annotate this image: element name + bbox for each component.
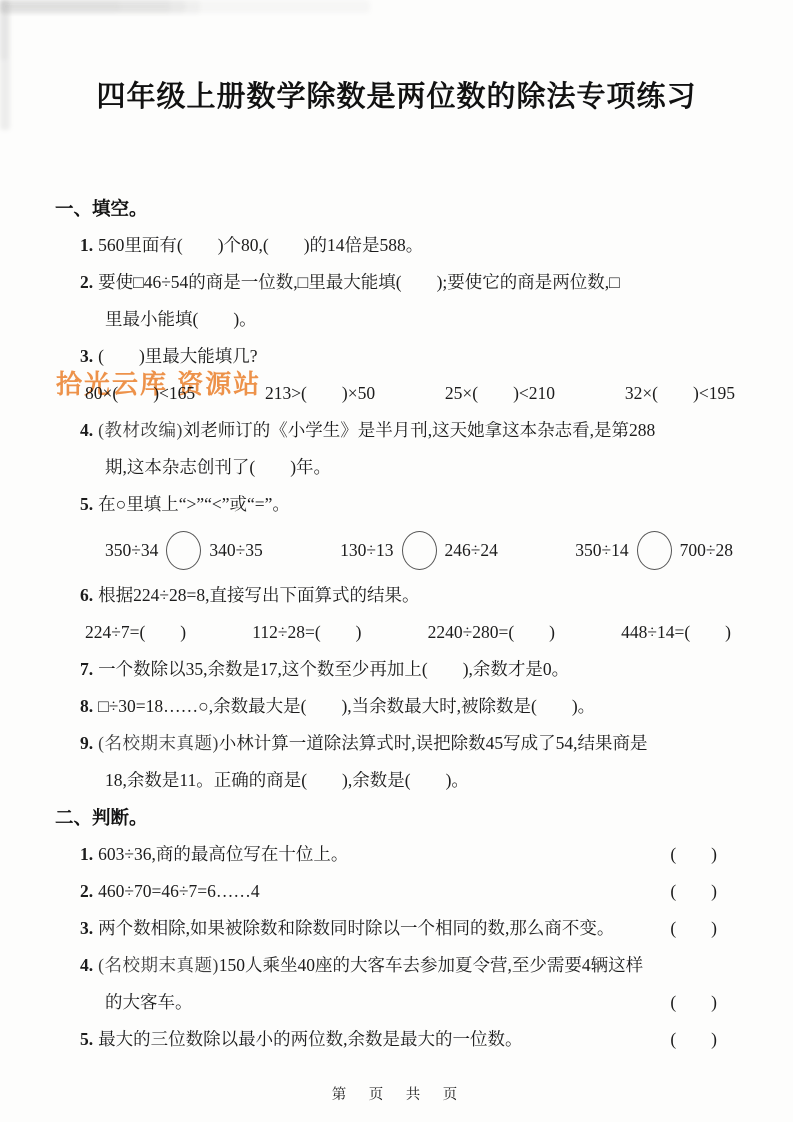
comparison-circle [402,531,437,570]
question-text: 560里面有( )个80,( )的14倍是588。 [98,235,423,255]
question-text: 小林计算一道除法算式时,误把除数45写成了54,结果商是 [219,733,648,753]
question-number: 4. [80,955,98,975]
question-number: 7. [80,659,98,679]
section-fill-header: 一、填空。 [55,190,737,227]
fill-question-9-continuation: 18,余数是11。正确的商是( ),余数是( )。 [55,762,737,799]
page-footer: 第 页 共 页 [0,1083,793,1104]
question-number: 9. [80,733,98,753]
comparison-circle [166,531,201,570]
judge-question-4-continuation: 的大客车。 ( ) [55,984,737,1021]
question-text: 根据224÷28=8,直接写出下面算式的结果。 [98,585,419,605]
equation: 448÷14=( ) [621,614,731,651]
question-number: 6. [80,585,98,605]
question-text: 要使□46÷54的商是一位数,□里最大能填( );要使它的商是两位数,□ [98,272,620,292]
worksheet-title: 四年级上册数学除数是两位数的除法专项练习 [0,80,793,115]
question-source-tag: (名校期末真题) [98,955,219,975]
question-number: 2. [80,881,98,901]
fill-question-7: 7.一个数除以35,余数是17,这个数至少再加上( ),余数才是0。 [55,651,737,688]
judge-question-2: 2.460÷70=46÷7=6……4 ( ) [55,873,737,910]
expression: 25×( )<210 [445,375,555,412]
question-text: 两个数相除,如果被除数和除数同时除以一个相同的数,那么商不变。 [98,918,614,938]
scan-artifact [0,0,185,13]
section-judge-header: 二、判断。 [55,799,737,836]
answer-parens: ( ) [670,984,717,1021]
question-source-tag: (名校期末真题) [98,733,219,753]
comparison-right: 700÷28 [680,532,733,569]
fill-question-6-equations: 224÷7=( ) 112÷28=( ) 2240÷280=( ) 448÷14… [55,614,737,651]
fill-question-2: 2.要使□46÷54的商是一位数,□里最大能填( );要使它的商是两位数,□ [55,264,737,301]
question-number: 1. [80,235,98,255]
comparison-left: 350÷14 [575,532,628,569]
scan-artifact [0,0,170,13]
question-number: 1. [80,844,98,864]
judge-question-1: 1.603÷36,商的最高位写在十位上。 ( ) [55,836,737,873]
worksheet-page: 四年级上册数学除数是两位数的除法专项练习 拾光云库 资源站 一、填空。 1.56… [0,0,793,1122]
question-text: ( )里最大能填几? [98,346,257,366]
question-text: 150人乘坐40座的大客车去参加夏令营,至少需要4辆这样 [219,955,643,975]
comparison-left: 350÷34 [105,532,158,569]
judge-question-4: 4.(名校期末真题)150人乘坐40座的大客车去参加夏令营,至少需要4辆这样 [55,947,737,984]
question-text: □÷30=18……○,余数最大是( ),当余数最大时,被除数是( )。 [98,696,595,716]
question-text: 最大的三位数除以最小的两位数,余数是最大的一位数。 [98,1029,522,1049]
comparison-left: 130÷13 [340,532,393,569]
comparison-pair: 130÷13246÷24 [340,531,498,570]
fill-question-6: 6.根据224÷28=8,直接写出下面算式的结果。 [55,577,737,614]
question-text: 的大客车。 [80,984,193,1021]
question-text: 刘老师订的《小学生》是半月刊,这天她拿这本杂志看,是第288 [183,420,656,440]
comparison-circle [637,531,672,570]
fill-question-5-comparisons: 350÷34340÷35 130÷13246÷24 350÷14700÷28 [55,523,737,577]
scan-artifact [0,0,370,13]
fill-question-3: 3.( )里最大能填几? [55,338,737,375]
comparison-pair: 350÷14700÷28 [575,531,733,570]
fill-question-9: 9.(名校期末真题)小林计算一道除法算式时,误把除数45写成了54,结果商是 [55,725,737,762]
scan-artifact [0,0,200,14]
question-text: 603÷36,商的最高位写在十位上。 [98,844,348,864]
expression: 80×( )<165 [85,375,195,412]
question-number: 3. [80,346,98,366]
question-source-tag: (教材改编) [98,420,183,440]
comparison-pair: 350÷34340÷35 [105,531,263,570]
question-text-wrap: 3.两个数相除,如果被除数和除数同时除以一个相同的数,那么商不变。 [80,910,614,947]
answer-parens: ( ) [670,873,717,910]
expression: 32×( )<195 [625,375,735,412]
equation: 224÷7=( ) [85,614,186,651]
worksheet-body: 一、填空。 1.560里面有( )个80,( )的14倍是588。 2.要使□4… [55,190,737,1058]
scan-artifact [0,0,8,60]
question-number: 3. [80,918,98,938]
comparison-right: 340÷35 [209,532,262,569]
fill-question-4: 4.(教材改编)刘老师订的《小学生》是半月刊,这天她拿这本杂志看,是第288 [55,412,737,449]
judge-question-3: 3.两个数相除,如果被除数和除数同时除以一个相同的数,那么商不变。 ( ) [55,910,737,947]
fill-question-4-continuation: 期,这本杂志创刊了( )年。 [55,449,737,486]
fill-question-8: 8.□÷30=18……○,余数最大是( ),当余数最大时,被除数是( )。 [55,688,737,725]
question-text: 一个数除以35,余数是17,这个数至少再加上( ),余数才是0。 [98,659,569,679]
question-text-wrap: 1.603÷36,商的最高位写在十位上。 [80,836,348,873]
equation: 2240÷280=( ) [428,614,555,651]
equation: 112÷28=( ) [252,614,361,651]
question-text-wrap: 5.最大的三位数除以最小的两位数,余数是最大的一位数。 [80,1021,523,1058]
question-text-wrap: 2.460÷70=46÷7=6……4 [80,873,260,910]
question-text: 在○里填上“>”“<”或“=”。 [98,494,290,514]
question-number: 5. [80,1029,98,1049]
question-number: 2. [80,272,98,292]
fill-question-1: 1.560里面有( )个80,( )的14倍是588。 [55,227,737,264]
answer-parens: ( ) [670,910,717,947]
fill-question-3-expressions: 80×( )<165 213>( )×50 25×( )<210 32×( )<… [55,375,737,412]
fill-question-2-continuation: 里最小能填( )。 [55,301,737,338]
answer-parens: ( ) [670,1021,717,1058]
expression: 213>( )×50 [265,375,375,412]
question-number: 8. [80,696,98,716]
question-number: 5. [80,494,98,514]
answer-parens: ( ) [670,836,717,873]
scan-artifact [0,0,120,12]
judge-question-5: 5.最大的三位数除以最小的两位数,余数是最大的一位数。 ( ) [55,1021,737,1058]
question-number: 4. [80,420,98,440]
comparison-right: 246÷24 [445,532,498,569]
fill-question-5: 5.在○里填上“>”“<”或“=”。 [55,486,737,523]
question-text: 460÷70=46÷7=6……4 [98,881,259,901]
